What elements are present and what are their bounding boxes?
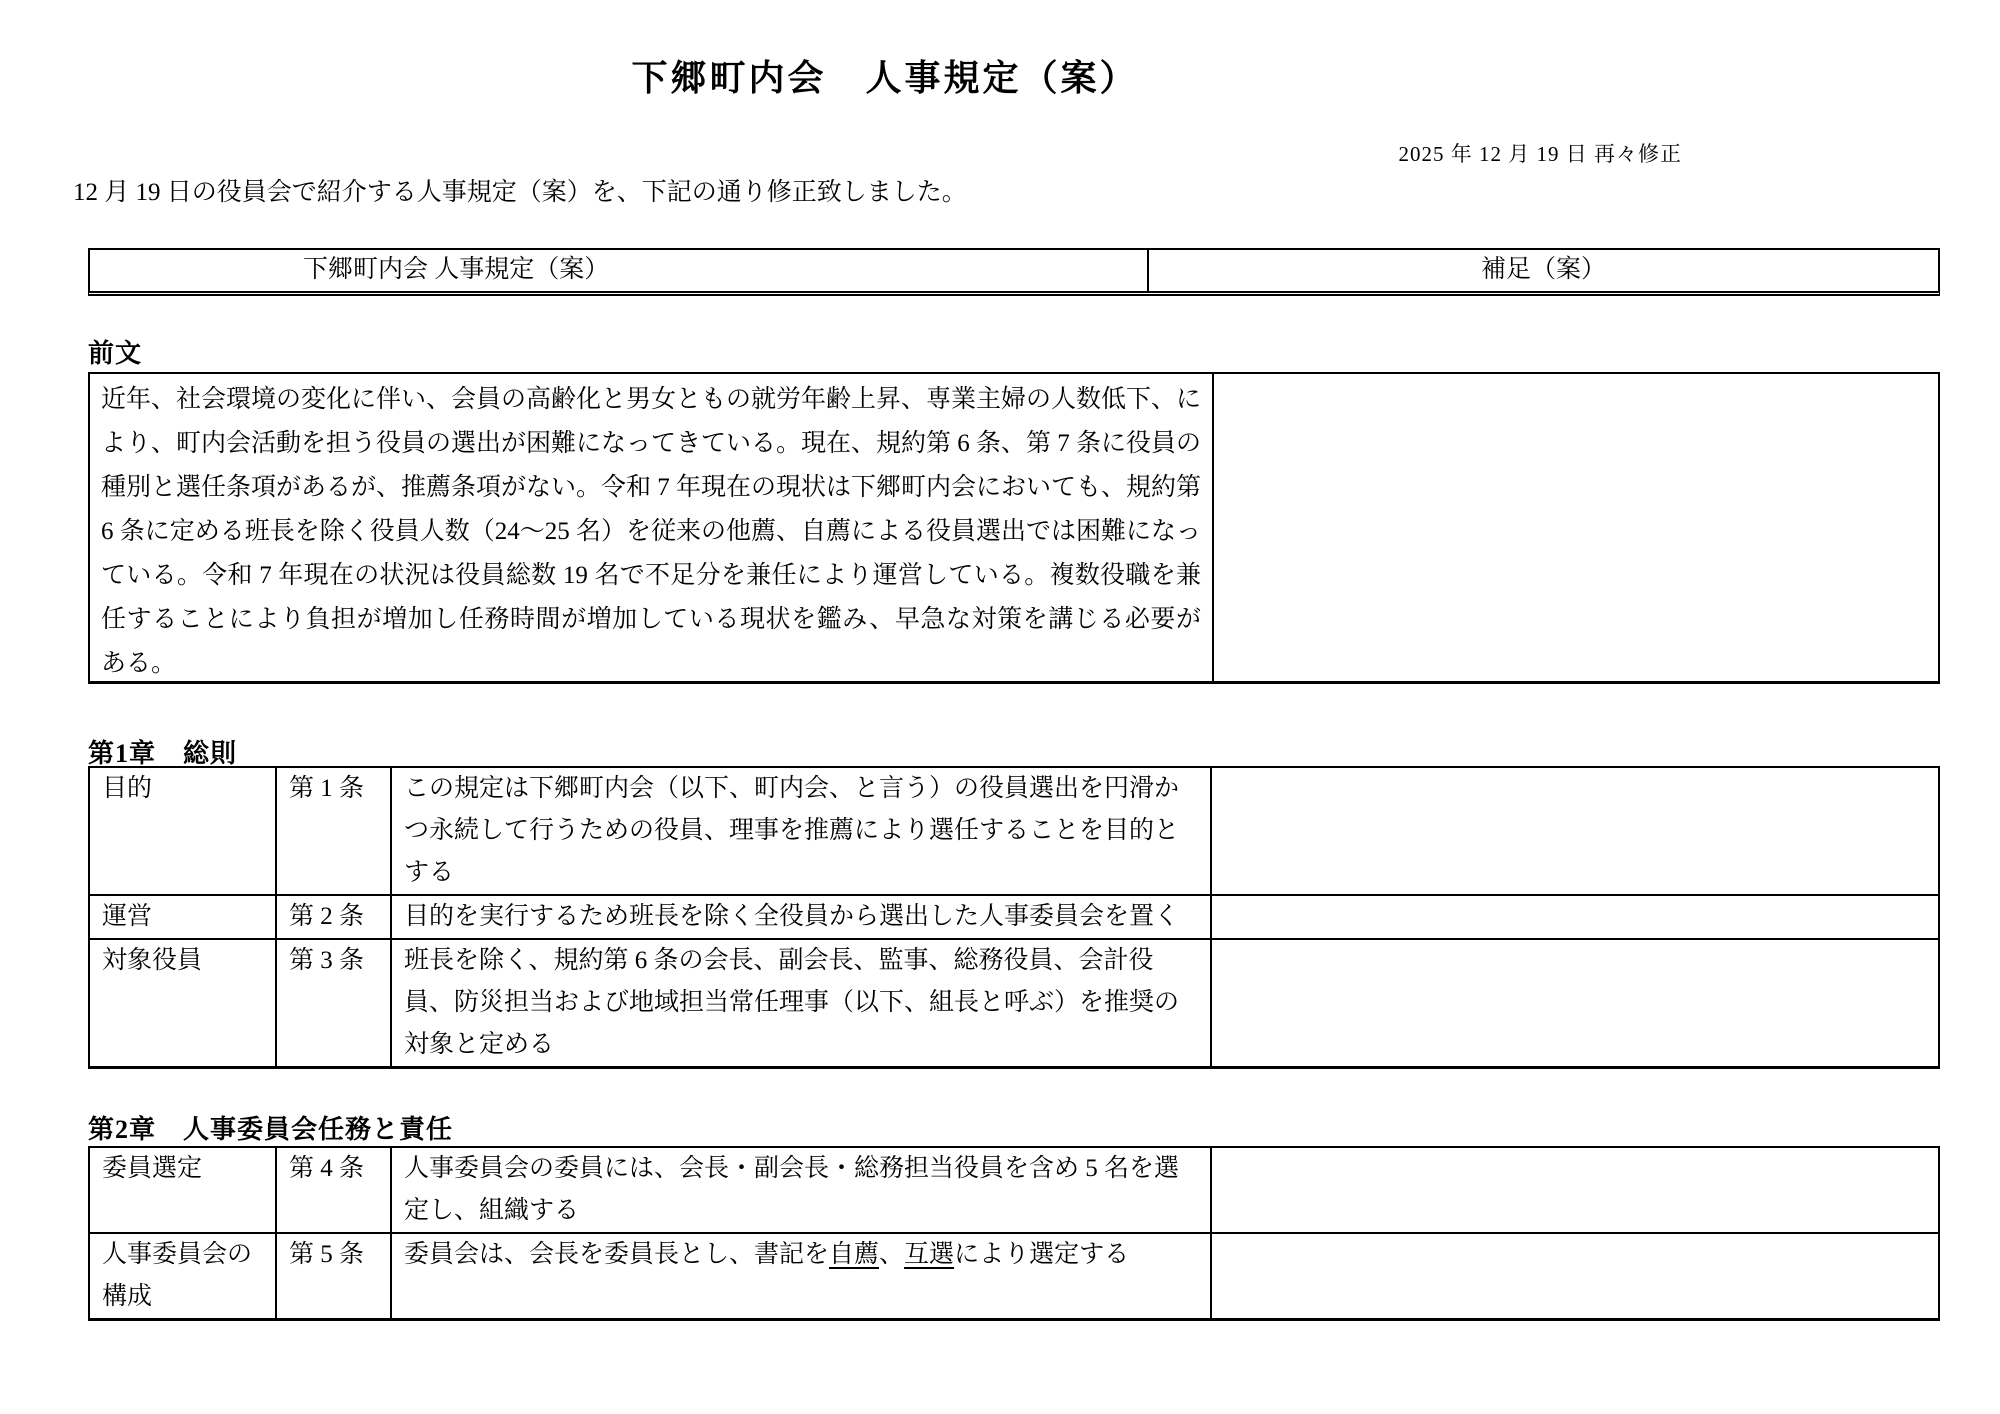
supplement-cell [1211, 895, 1939, 939]
purpose-label-cell: 目的 [89, 767, 276, 895]
chapter1-heading: 第1章 総則 [88, 733, 237, 770]
supplement-cell [1211, 939, 1939, 1068]
article-text-cell: この規定は下郷町内会（以下、町内会、と言う）の役員選出を円滑かつ永続して行うため… [391, 767, 1211, 895]
header-cell-supplement-title: 補足（案） [1147, 250, 1938, 291]
article-text-cell: 人事委員会の委員には、会長・副会長・総務担当役員を含め 5 名を選定し、組織する [391, 1147, 1211, 1233]
document-page: 下郷町内会 人事規定（案） 2025 年 12 月 19 日 再々修正 12 月… [0, 0, 2000, 1414]
article-text: 目的を実行するため班長を除く全役員から選出した人事委員会を置く [404, 903, 1179, 930]
chapter2-heading: 第2章 人事委員会任務と責任 [88, 1109, 453, 1146]
chapter1-table: 目的 第 1 条 この規定は下郷町内会（以下、町内会、と言う）の役員選出を円滑か… [88, 766, 1940, 1069]
table-row-article4: 委員選定 第 4 条 人事委員会の委員には、会長・副会長・総務担当役員を含め 5… [89, 1147, 1939, 1233]
supplement-cell [1211, 1233, 1939, 1320]
purpose-label-cell: 委員選定 [89, 1147, 276, 1233]
row-label: 対象役員 [102, 947, 202, 974]
preamble-table: 近年、社会環境の変化に伴い、会員の高齢化と男女ともの就労年齢上昇、専業主婦の人数… [88, 372, 1940, 684]
preamble-supplement-cell [1212, 374, 1938, 681]
table-row-article2: 運営 第 2 条 目的を実行するため班長を除く全役員から選出した人事委員会を置く [89, 895, 1939, 939]
article-text-cell: 委員会は、会長を委員長とし、書記を自薦、互選により選定する [391, 1233, 1211, 1320]
purpose-label-cell: 人事委員会の構成 [89, 1233, 276, 1320]
supplement-cell [1211, 767, 1939, 895]
chapter2-table: 委員選定 第 4 条 人事委員会の委員には、会長・副会長・総務担当役員を含め 5… [88, 1146, 1940, 1321]
row-label: 目的 [102, 775, 152, 802]
document-title: 下郷町内会 人事規定（案） [0, 50, 1770, 101]
header-cell-regulation-title: 下郷町内会 人事規定（案） [90, 250, 1147, 291]
article-text-cell: 班長を除く、規約第 6 条の会長、副会長、監事、総務役員、会計役員、防災担当およ… [391, 939, 1211, 1068]
table-row-article3: 対象役員 第 3 条 班長を除く、規約第 6 条の会長、副会長、監事、総務役員、… [89, 939, 1939, 1068]
article-number-cell: 第 5 条 [276, 1233, 391, 1320]
preamble-text-cell: 近年、社会環境の変化に伴い、会員の高齢化と男女ともの就労年齢上昇、専業主婦の人数… [90, 374, 1212, 681]
article-text: 、 [879, 1241, 904, 1268]
underlined-term-gosen: 互選 [904, 1241, 954, 1268]
article-number: 第 3 条 [289, 947, 364, 974]
table-row-article5: 人事委員会の構成 第 5 条 委員会は、会長を委員長とし、書記を自薦、互選により… [89, 1233, 1939, 1320]
row-label: 委員選定 [102, 1155, 202, 1182]
purpose-label-cell: 対象役員 [89, 939, 276, 1068]
row-label: 運営 [102, 903, 152, 930]
article-number: 第 2 条 [289, 903, 364, 930]
article-text: この規定は下郷町内会（以下、町内会、と言う）の役員選出を円滑かつ永続して行うため… [404, 775, 1179, 886]
article-number-cell: 第 1 条 [276, 767, 391, 895]
article-text-cell: 目的を実行するため班長を除く全役員から選出した人事委員会を置く [391, 895, 1211, 939]
article-number-cell: 第 2 条 [276, 895, 391, 939]
supplement-cell [1211, 1147, 1939, 1233]
intro-text: 12 月 19 日の役員会で紹介する人事規定（案）を、下記の通り修正致しました。 [73, 172, 967, 208]
underlined-term-jisen: 自薦 [829, 1241, 879, 1268]
article-text: により選定する [954, 1241, 1129, 1268]
table-row-article1: 目的 第 1 条 この規定は下郷町内会（以下、町内会、と言う）の役員選出を円滑か… [89, 767, 1939, 895]
article-text: 人事委員会の委員には、会長・副会長・総務担当役員を含め 5 名を選定し、組織する [404, 1155, 1179, 1224]
article-text: 委員会は、会長を委員長とし、書記を [404, 1241, 829, 1268]
article-number: 第 4 条 [289, 1155, 364, 1182]
revision-date: 2025 年 12 月 19 日 再々修正 [1399, 138, 1683, 168]
row-label: 人事委員会の構成 [102, 1241, 252, 1310]
article-number: 第 5 条 [289, 1241, 364, 1268]
preamble-heading: 前文 [88, 333, 142, 370]
article-number-cell: 第 4 条 [276, 1147, 391, 1233]
article-number-cell: 第 3 条 [276, 939, 391, 1068]
purpose-label-cell: 運営 [89, 895, 276, 939]
article-text: 班長を除く、規約第 6 条の会長、副会長、監事、総務役員、会計役員、防災担当およ… [404, 947, 1179, 1058]
header-table: 下郷町内会 人事規定（案） 補足（案） [88, 248, 1940, 296]
article-number: 第 1 条 [289, 775, 364, 802]
